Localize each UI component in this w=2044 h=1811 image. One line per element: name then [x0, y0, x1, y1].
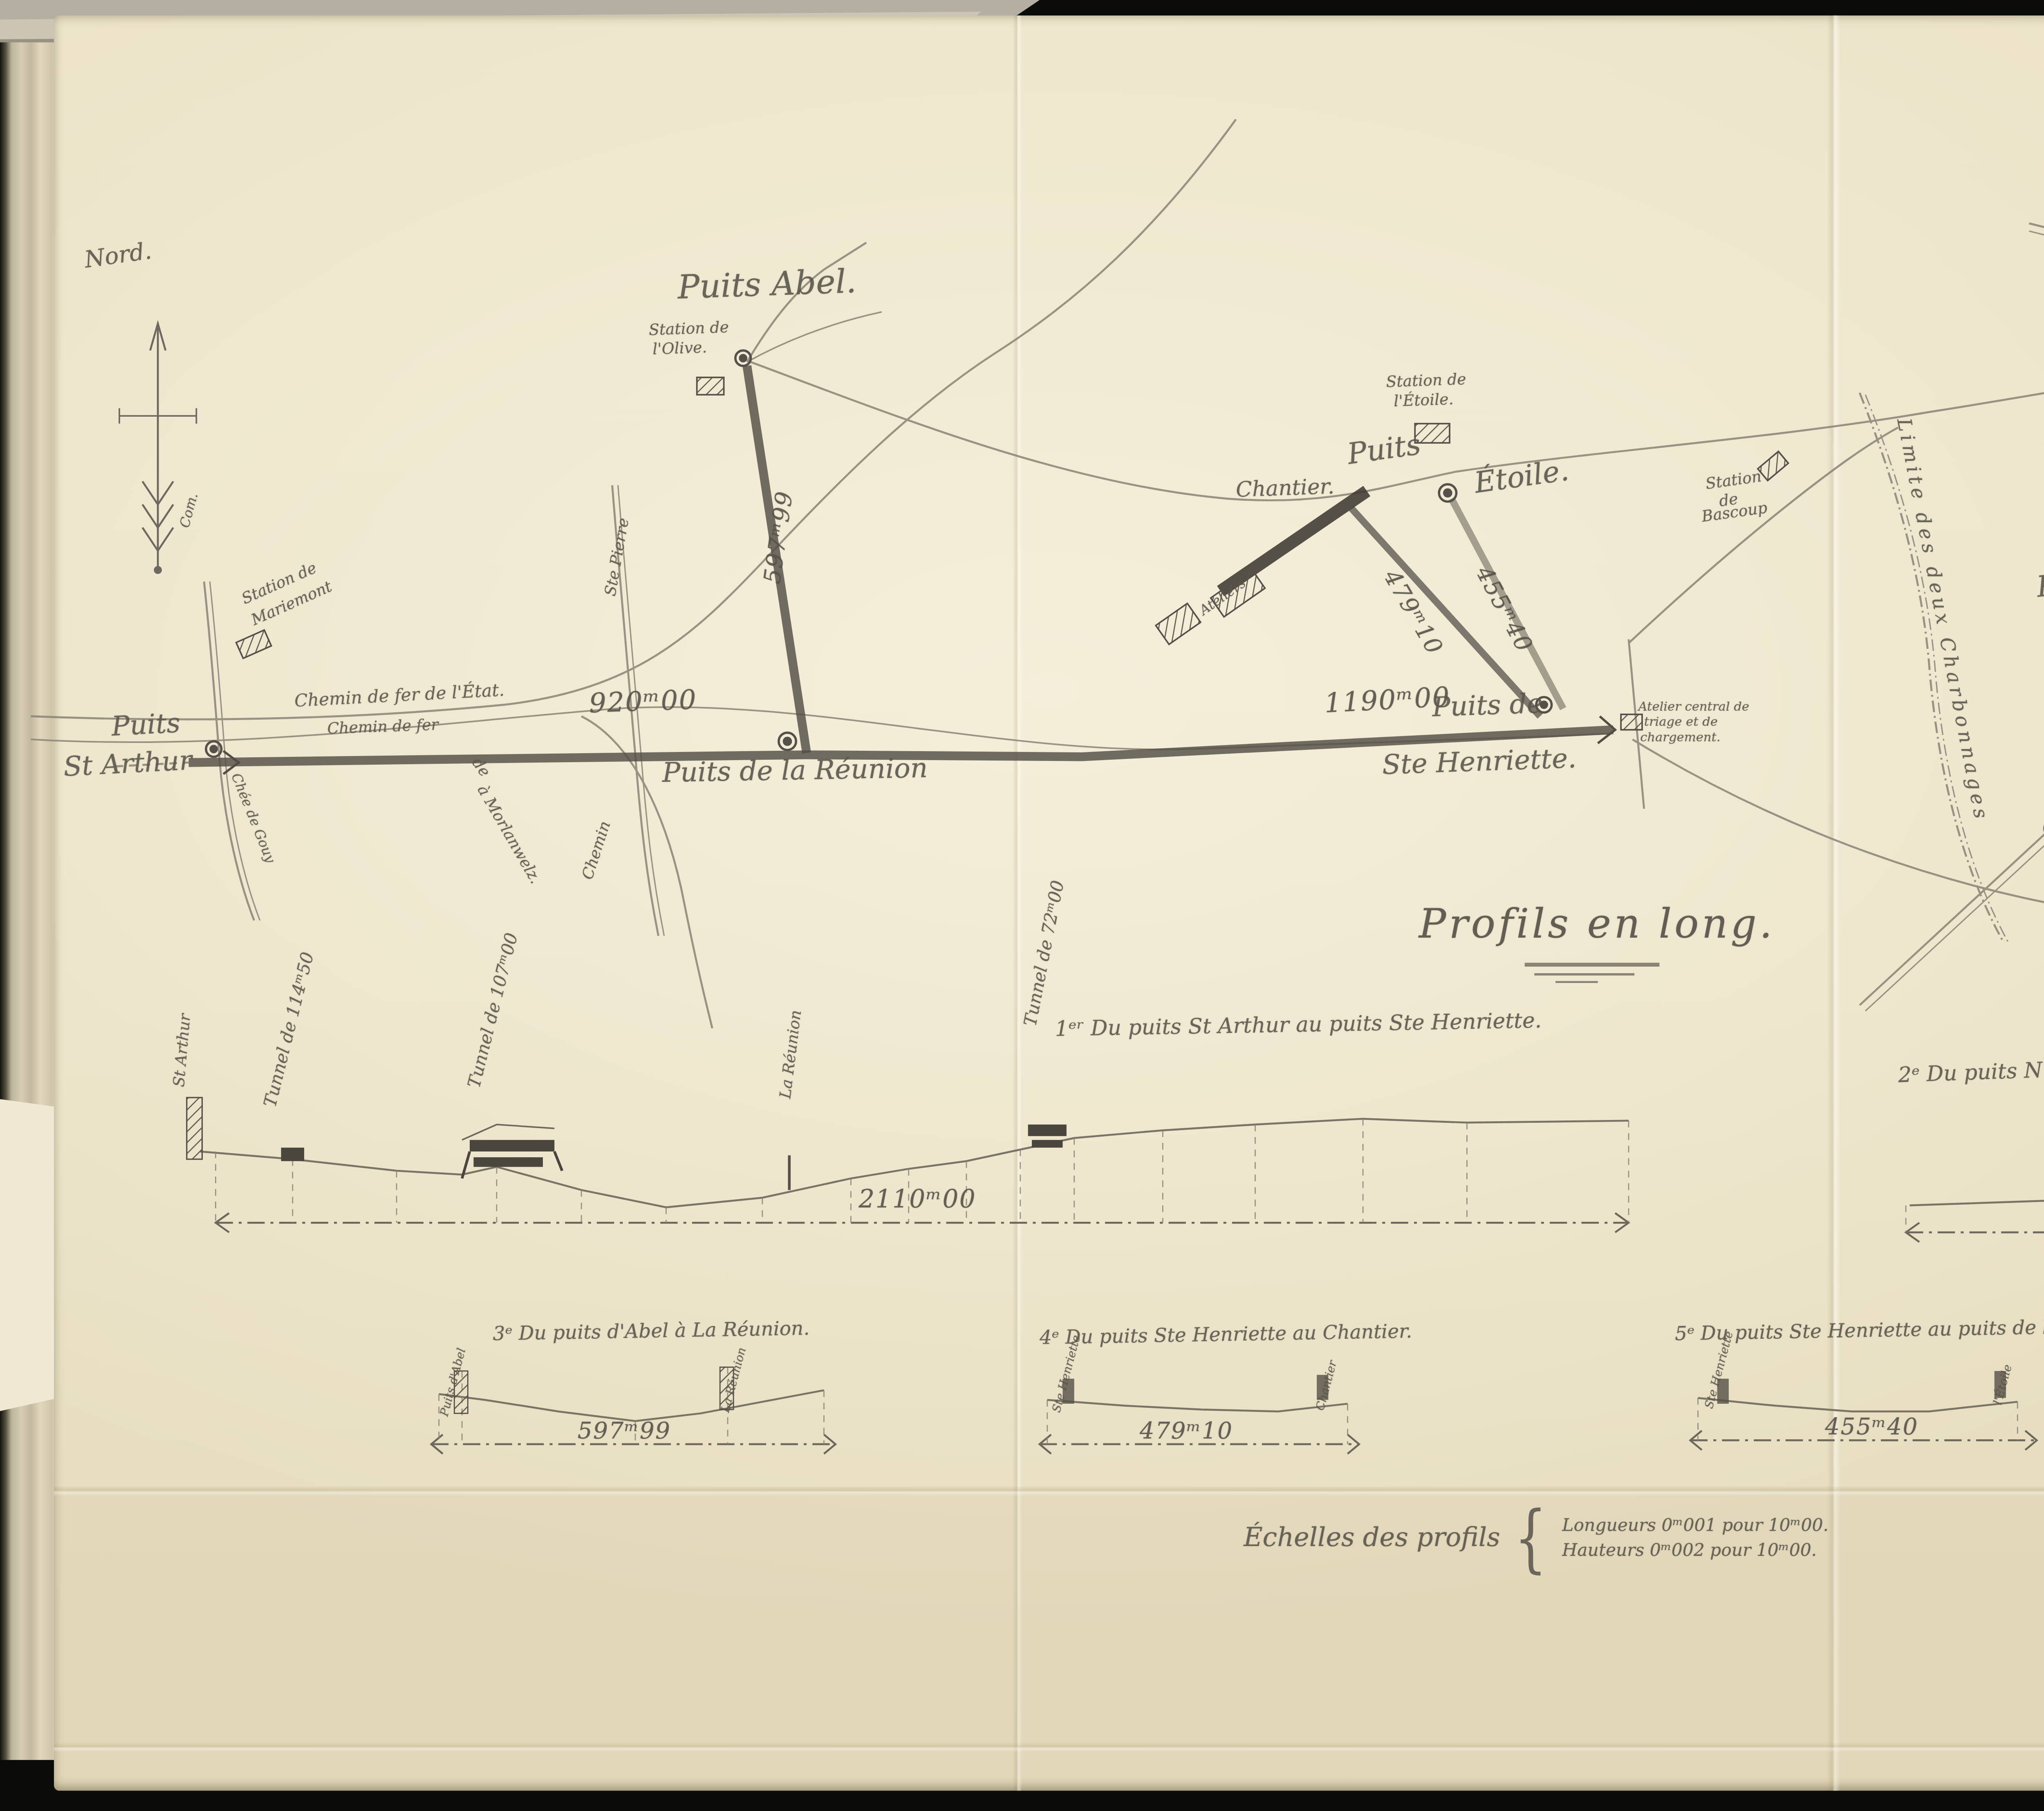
puits-reunion-label: Puits de la Réunion	[662, 754, 928, 790]
station-henriette-symbol	[1621, 714, 1642, 730]
scale-heights: Hauteurs 0ᵐ002 pour 10ᵐ00.	[1562, 1542, 1829, 1561]
north-arrow-icon	[119, 323, 196, 573]
map-label: Station de	[648, 319, 729, 339]
profile-4-length: 479ᵐ10	[1140, 1417, 1233, 1444]
shaft-bar-st-arthur	[187, 1097, 202, 1159]
map-label: chargement.	[1640, 730, 1720, 745]
station-mariemont-symbol	[236, 630, 271, 658]
roads-network	[31, 108, 2044, 1028]
distance-arthur-reunion: 920ᵐ00	[589, 686, 698, 720]
scales-brace-icon: {	[1515, 1502, 1548, 1575]
station-olive-symbol	[697, 377, 724, 395]
puits-henriette-label: Puits de	[1432, 689, 1543, 724]
tunnel-107-mark	[470, 1140, 554, 1151]
map-label: triage et de	[1644, 714, 1718, 730]
chantier-label: Chantier.	[1235, 474, 1335, 503]
scanned-plan-page: Nord.Puits Abel.Station del'Olive.597ᵐ99…	[0, 0, 2044, 1811]
profile-structures	[187, 1097, 2044, 1421]
puits-abel-label: Puits Abel.	[677, 263, 857, 308]
profile-5-length: 455ᵐ40	[1825, 1414, 1918, 1441]
profile-1-length: 2110ᵐ00	[858, 1186, 976, 1215]
map-label: Atelier central de	[1638, 699, 1749, 714]
station-etoile-symbol	[1415, 424, 1450, 443]
map-label: l'Étoile.	[1394, 391, 1454, 410]
tunnel-114-mark	[281, 1148, 305, 1161]
profile-3-length: 597ᵐ99	[578, 1417, 671, 1444]
chaussee-romaine-line	[1860, 208, 2044, 1005]
map-label: l'Olive.	[652, 339, 707, 358]
scale-lengths: Longueurs 0ᵐ001 pour 10ᵐ00.	[1562, 1516, 1829, 1535]
profile-scales: Échelles des profils { Longueurs 0ᵐ001 p…	[1244, 1502, 1829, 1575]
title-underline	[1525, 965, 1660, 982]
puits-st-arthur-label: Puits	[111, 709, 181, 743]
map-label: Station de	[1386, 371, 1466, 391]
tunnel-72-mark	[1028, 1124, 1067, 1136]
scales-label: Échelles des profils	[1244, 1523, 1500, 1554]
station-symbols	[236, 236, 2044, 729]
profiles-title: Profils en long.	[1419, 901, 1775, 947]
station-bascoup-symbol	[1758, 451, 1788, 480]
